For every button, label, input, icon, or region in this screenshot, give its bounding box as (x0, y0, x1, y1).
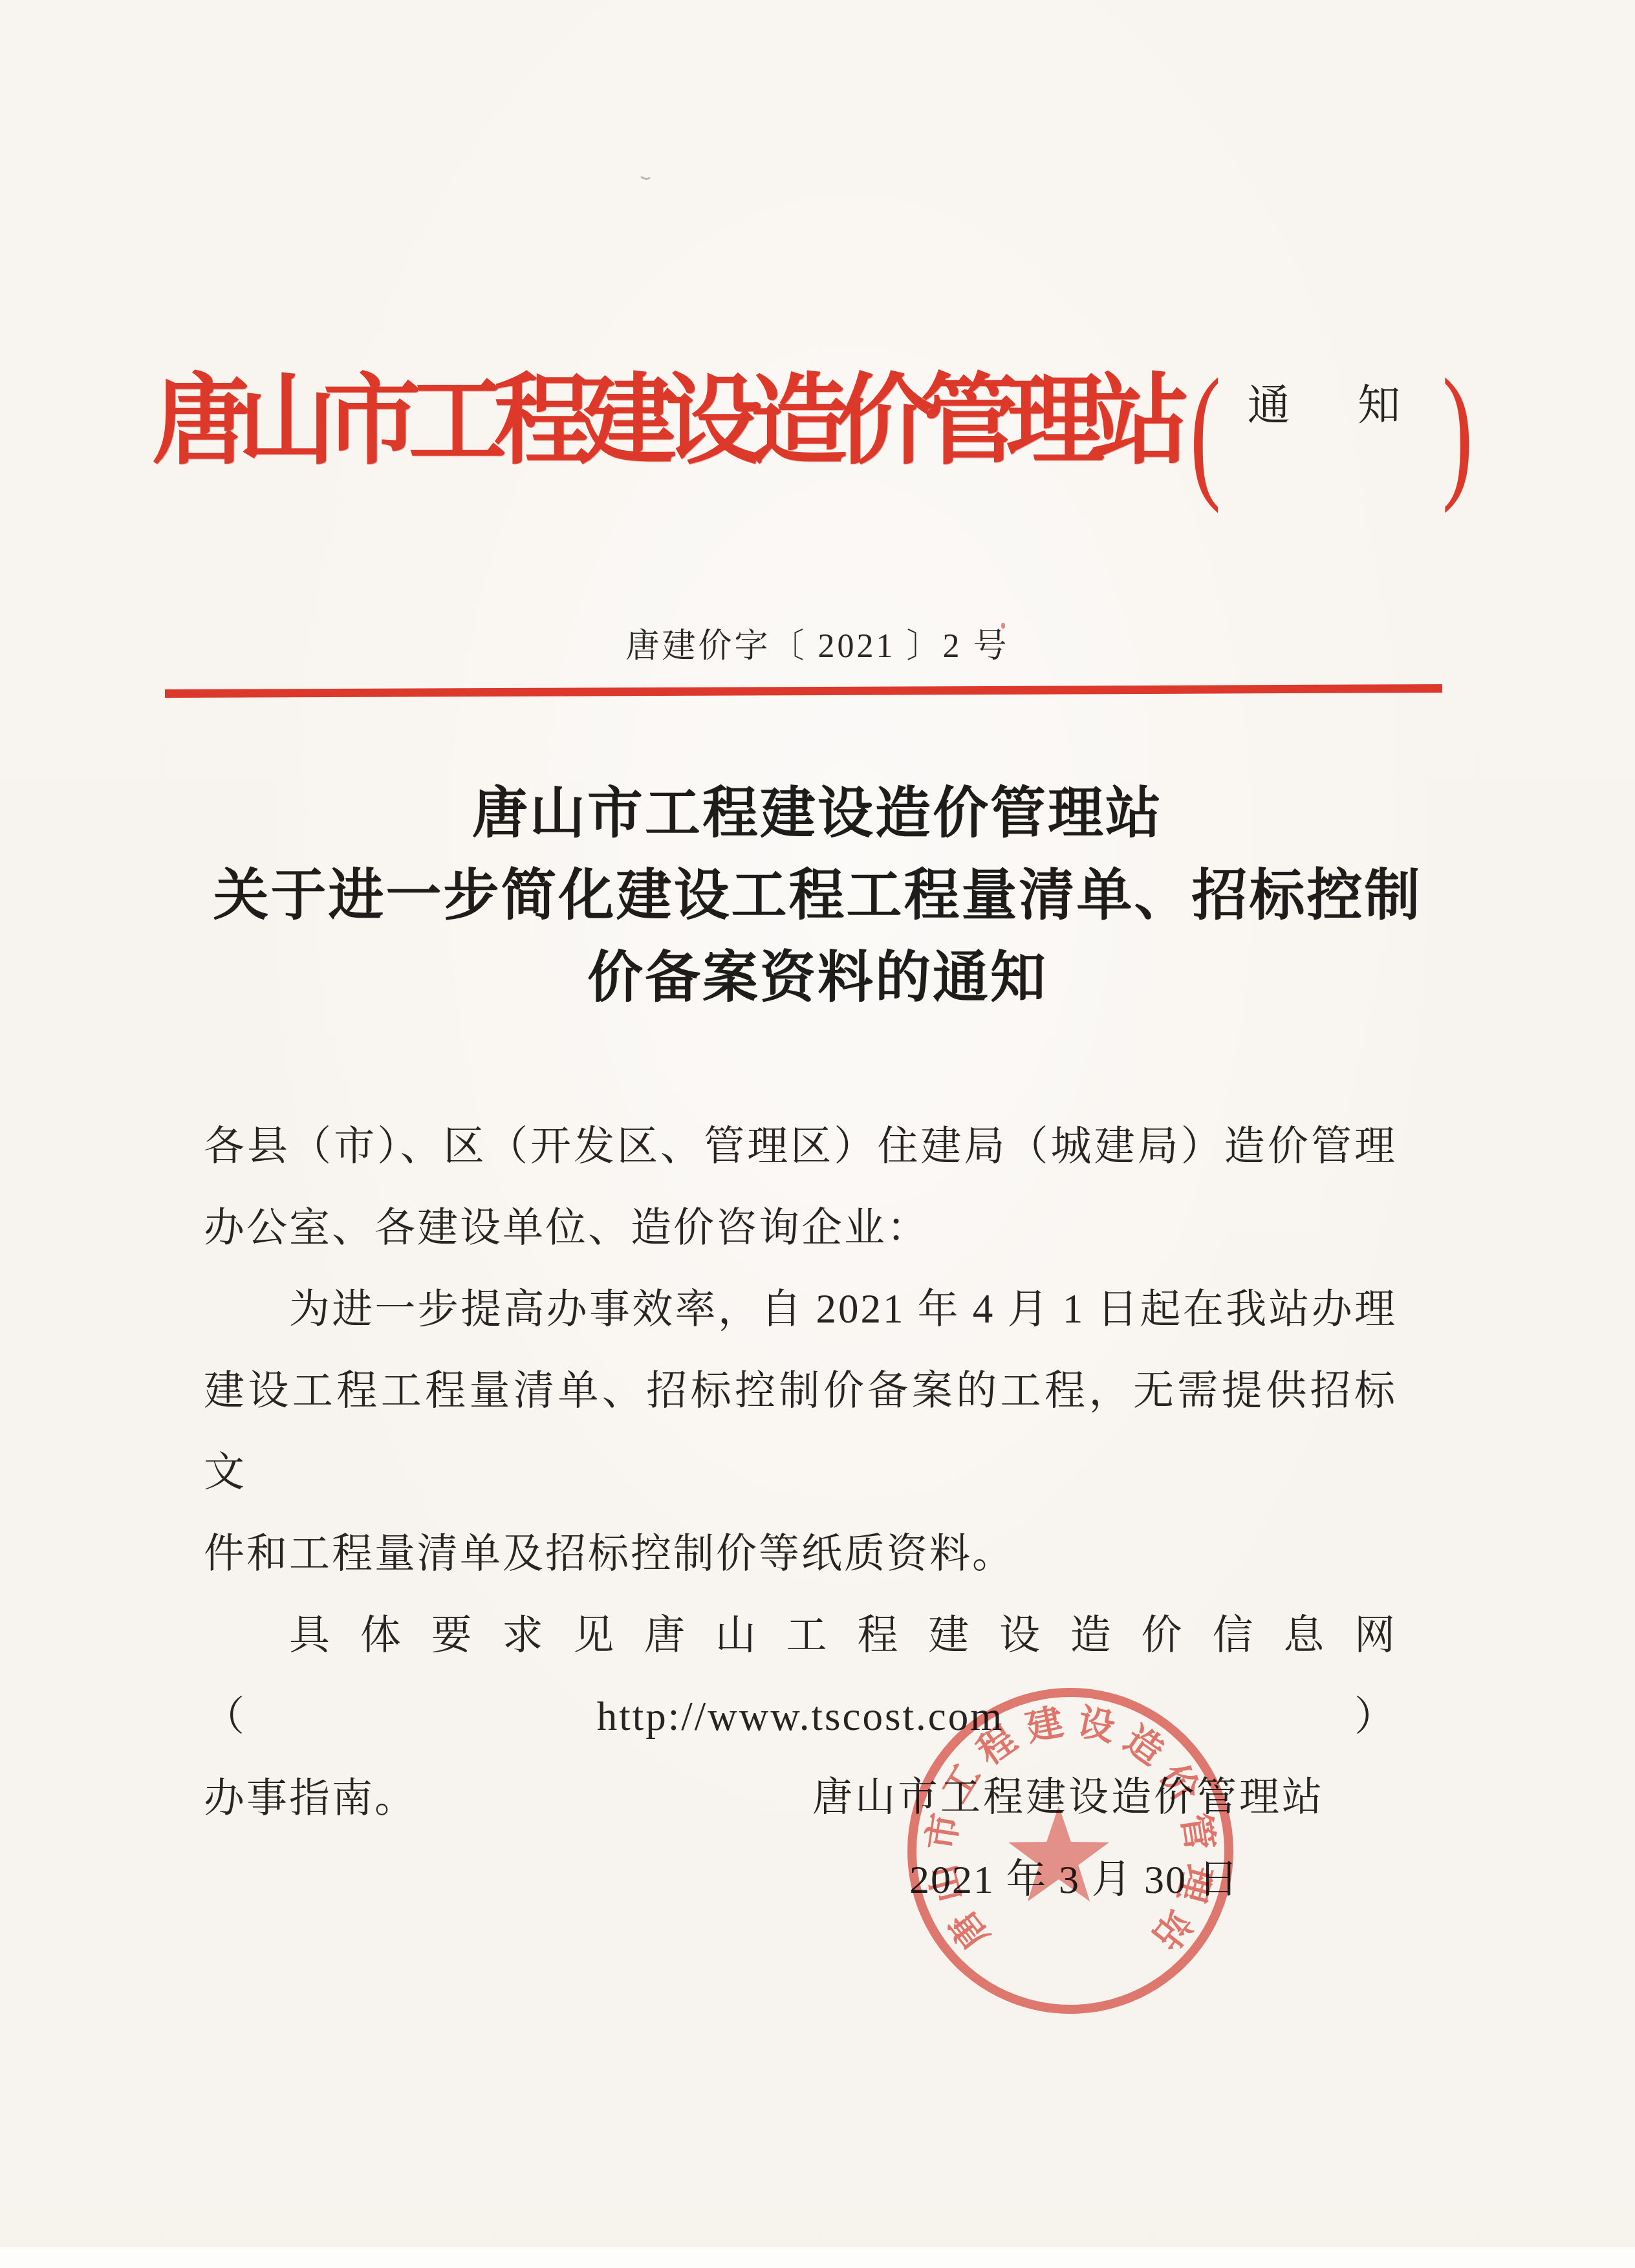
body-line: 办公室、各建设单位、造价咨询企业： (204, 1187, 1397, 1268)
title-line: 价备案资料的通知 (0, 937, 1635, 1019)
red-divider-line (165, 684, 1442, 698)
masthead: 唐山市工程建设造价管理站 ( 通 知 ) (0, 352, 1635, 491)
scanned-notice-page: 唐山市工程建设造价管理站 ( 通 知 ) 唐建价字〔 2021 〕2 号 唐山市… (0, 0, 1635, 2268)
red-speck-artifact (1001, 623, 1005, 629)
notice-title: 唐山市工程建设造价管理站 关于进一步简化建设工程工程量清单、招标控制 价备案资料… (0, 773, 1635, 1019)
svg-text:设: 设 (1074, 1702, 1119, 1749)
svg-text:建: 建 (1023, 1702, 1067, 1749)
svg-text:山: 山 (922, 1861, 971, 1906)
official-seal: 唐山市工程建设造价管理站 (902, 1683, 1239, 2019)
body-line: 为进一步提高办事效率，自 2021 年 4 月 1 日起在我站办理 (204, 1268, 1397, 1350)
title-line: 关于进一步简化建设工程工程量清单、招标控制 (0, 855, 1635, 937)
svg-text:管: 管 (1174, 1811, 1220, 1853)
body-line: 各县（市）、区（开发区、管理区）住建局（城建局）造价管理 (204, 1105, 1397, 1187)
body-line: 件和工程量清单及招标控制价等纸质资料。 (204, 1513, 1397, 1594)
pen-mark-artifact (638, 166, 655, 181)
svg-text:市: 市 (921, 1811, 967, 1853)
masthead-paren-open: ( (1190, 362, 1221, 501)
seal-star-icon (1008, 1806, 1109, 1901)
masthead-org-name: 唐山市工程建设造价管理站 (152, 352, 1176, 491)
title-line: 唐山市工程建设造价管理站 (0, 773, 1635, 855)
svg-text:理: 理 (1170, 1861, 1218, 1906)
masthead-annotation: 通 知 (1248, 385, 1429, 427)
body-line: 建设工程工程量清单、招标控制价备案的工程，无需提供招标文 (204, 1350, 1397, 1513)
masthead-paren-close: ) (1442, 362, 1473, 501)
doc-number: 唐建价字〔 2021 〕2 号 (0, 613, 1635, 680)
seal-ring-text: 唐山市工程建设造价管理站 (921, 1702, 1220, 1957)
scanner-edge (0, 2247, 1635, 2268)
